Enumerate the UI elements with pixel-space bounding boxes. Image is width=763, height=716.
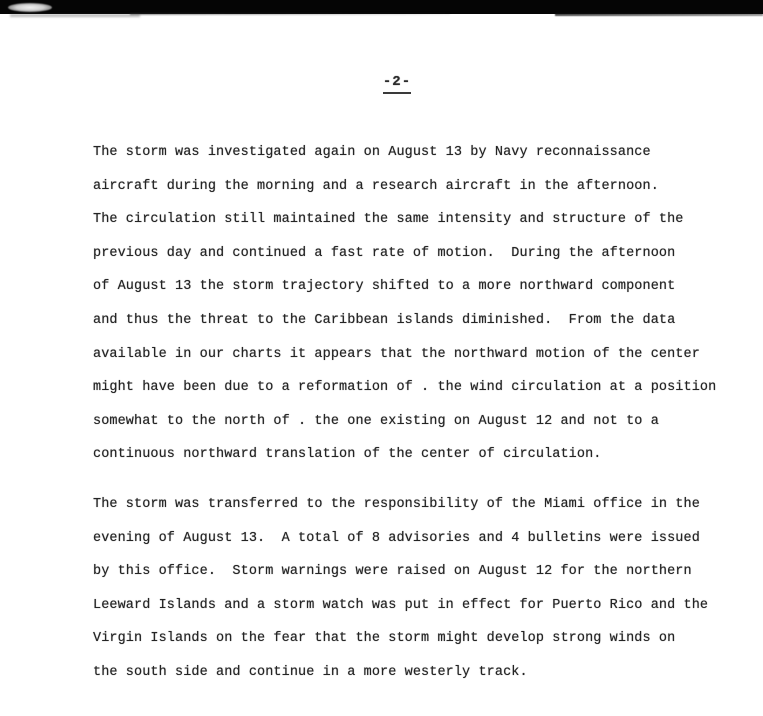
typed-line: might have been due to a reformation of … bbox=[93, 371, 733, 405]
page-number: -2- bbox=[357, 74, 437, 94]
typed-line: and thus the threat to the Caribbean isl… bbox=[93, 304, 733, 338]
typed-line: previous day and continued a fast rate o… bbox=[93, 237, 733, 271]
scan-artifact-smudge bbox=[10, 14, 140, 17]
typed-line: The storm was investigated again on Augu… bbox=[93, 136, 733, 170]
scan-artifact-streak bbox=[130, 13, 450, 15]
scan-artifact-streak bbox=[555, 13, 763, 16]
typed-line: The storm was transferred to the respons… bbox=[93, 488, 733, 522]
typed-line: Virgin Islands on the fear that the stor… bbox=[93, 622, 733, 656]
typed-line: The circulation still maintained the sam… bbox=[93, 203, 733, 237]
typed-line: evening of August 13. A total of 8 advis… bbox=[93, 522, 733, 556]
scanned-document-page: -2- The storm was investigated again on … bbox=[0, 0, 763, 716]
page-number-label: -2- bbox=[383, 74, 411, 94]
typed-line: somewhat to the north of . the one exist… bbox=[93, 405, 733, 439]
scan-artifact-top-bar bbox=[0, 0, 763, 14]
paragraph-storm-investigation: The storm was investigated again on Augu… bbox=[93, 136, 733, 472]
typed-line: the south side and continue in a more we… bbox=[93, 656, 733, 690]
typed-line: by this office. Storm warnings were rais… bbox=[93, 555, 733, 589]
scan-artifact-light-blob bbox=[8, 3, 52, 12]
typed-line: continuous northward translation of the … bbox=[93, 438, 733, 472]
typed-line: aircraft during the morning and a resear… bbox=[93, 170, 733, 204]
typed-line: Leeward Islands and a storm watch was pu… bbox=[93, 589, 733, 623]
typed-line: available in our charts it appears that … bbox=[93, 338, 733, 372]
typed-line: of August 13 the storm trajectory shifte… bbox=[93, 270, 733, 304]
paragraph-storm-transfer: The storm was transferred to the respons… bbox=[93, 488, 733, 690]
